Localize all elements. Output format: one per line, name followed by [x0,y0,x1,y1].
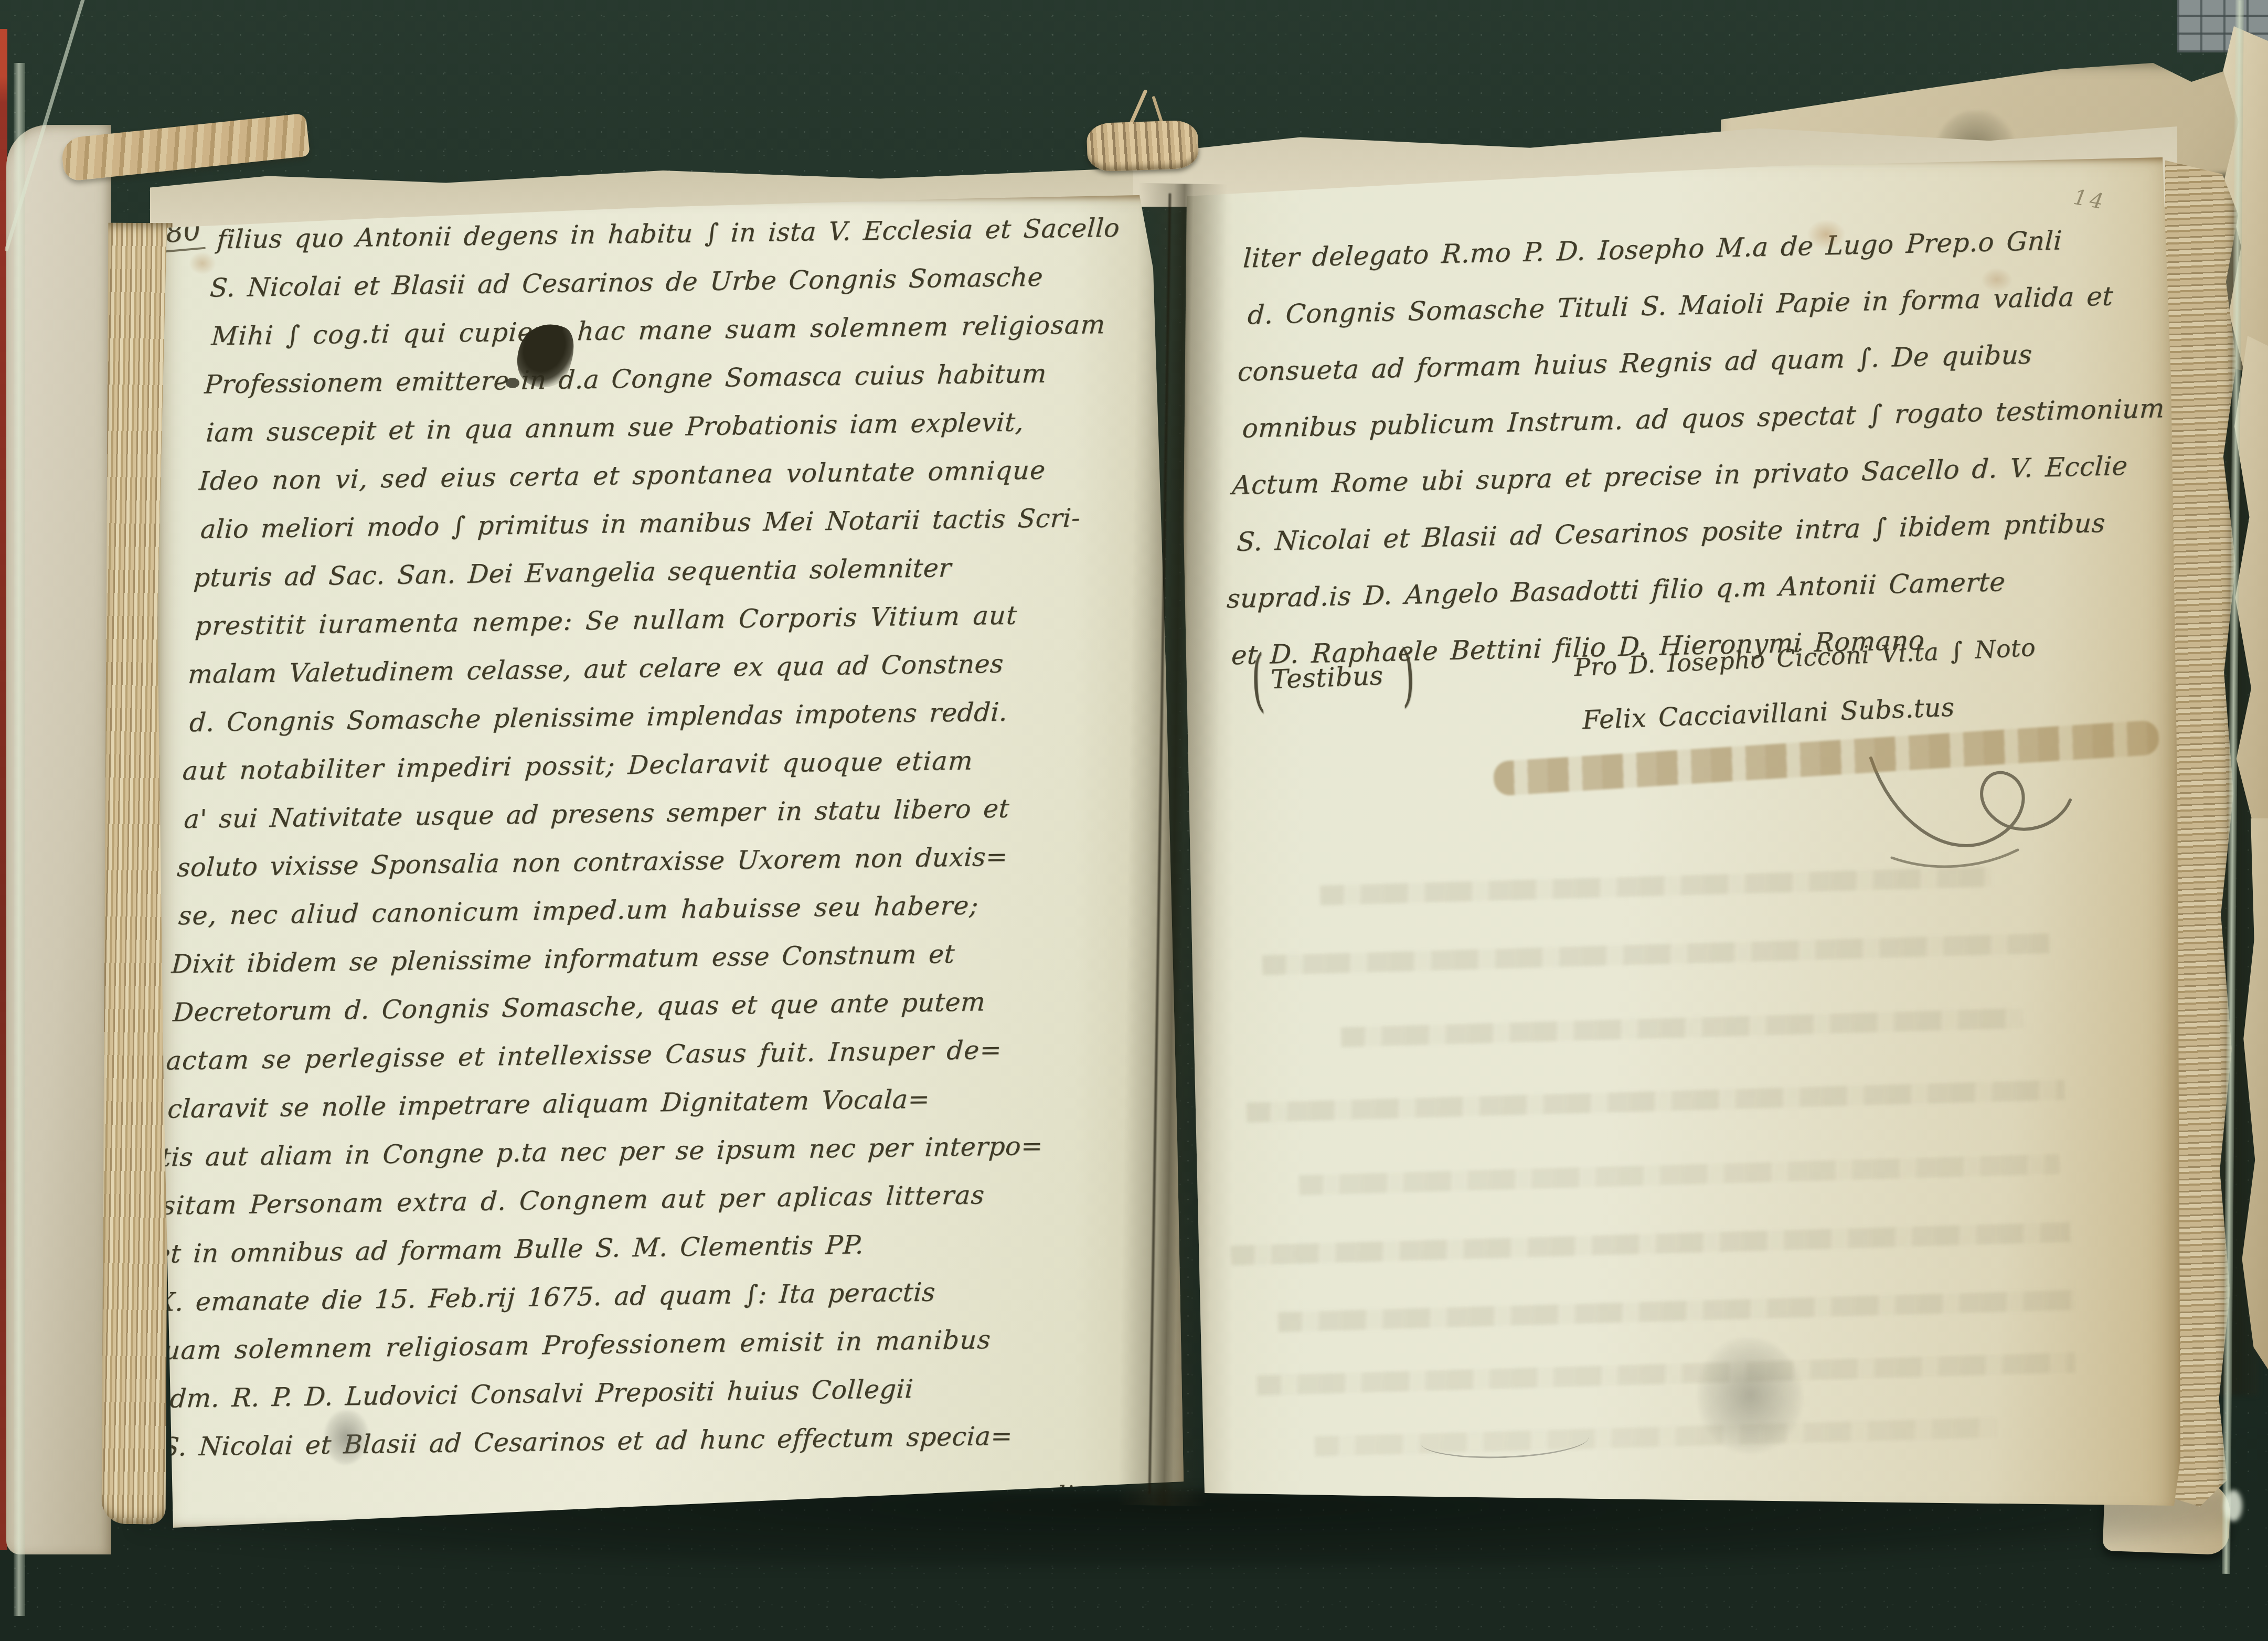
right-page-text: liter delegato R.mo P. D. Iosepho M.a de… [1222,210,2159,684]
fox-stain [1807,219,1846,250]
grey-smudge [1698,1338,1803,1453]
glass-reflection [2224,1490,2242,1521]
testibus-label: (Testibus ) [1245,659,1421,696]
glass-edge-left [14,63,25,1616]
fox-stain [1981,268,2013,292]
left-page-text: filius quo Antonii degens in habitu ∫ in… [143,203,1204,1472]
left-page: 80 filius quo Antonii degens in habitu ∫… [157,195,1184,1532]
testibus-word: Testibus [1270,660,1384,695]
sewn-endband [1086,120,1199,172]
manuscript-photo: 80 filius quo Antonii degens in habitu ∫… [0,0,2268,1641]
flourish-brace: ( [1240,640,1276,720]
flourish-brace: ) [1390,635,1426,715]
fox-stain [189,252,216,275]
right-page: 14 liter delegato R.mo P. D. Iosepho M.a… [1184,157,2180,1516]
ink-blot-dot [506,378,519,388]
